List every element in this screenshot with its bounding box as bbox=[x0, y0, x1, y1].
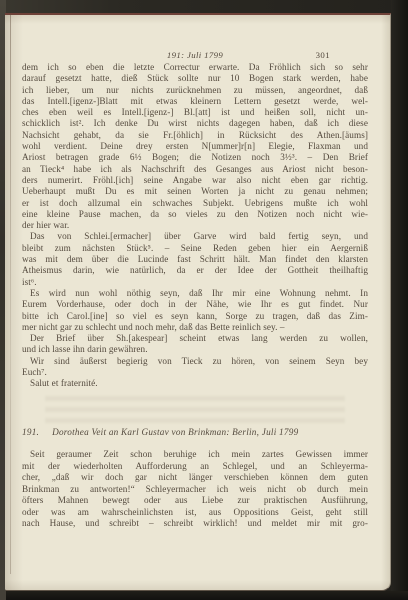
text-line: Eurem Vorderhause, oder doch in der Nähe… bbox=[22, 299, 368, 310]
paragraph: Der Brief über Sh.[akespear] scheint etw… bbox=[22, 333, 368, 356]
text-line: Der Brief über Sh.[akespear] scheint etw… bbox=[22, 333, 368, 344]
text-line: Wir sind äußerst begierig von Tieck zu h… bbox=[22, 356, 368, 367]
section-heading-number: 191. bbox=[22, 427, 39, 437]
paragraph: Salut et fraternité. bbox=[22, 378, 368, 389]
scan-edge-bottom bbox=[0, 591, 408, 600]
text-line: Salut et fraternité. bbox=[22, 378, 368, 389]
paragraph: Seit geraumer Zeit schon beruhige ich me… bbox=[22, 449, 368, 530]
text-line: Ueberhaupt mußt Du es mit seinen Worten … bbox=[22, 186, 368, 197]
paragraph: Wir sind äußerst begierig von Tieck zu h… bbox=[22, 356, 368, 379]
text-line: mer nicht gar zu schlecht und noch mehr,… bbox=[22, 322, 368, 333]
text-line: und ich lasse ihn darin gewähren. bbox=[22, 344, 368, 355]
text-line: ist⁶. bbox=[22, 277, 368, 288]
paragraph: Das von Schlei.[ermacher] über Garve wir… bbox=[22, 231, 368, 287]
text-line: ches eben weil es Intell.[igenz-] Bl.[at… bbox=[22, 107, 368, 118]
paragraph: dem ich so eben die letzte Correctur erw… bbox=[22, 62, 368, 231]
text-line: Es wird nun wohl nöthig seyn, daß Ihr mi… bbox=[22, 288, 368, 299]
text-line: der hier war. bbox=[22, 220, 368, 231]
text-line: er ist doch allzumal ein schwaches Subje… bbox=[22, 198, 368, 209]
text-line: Atheismus darin, wie natürlich, da er de… bbox=[22, 265, 368, 276]
scan-edge-top bbox=[0, 0, 408, 13]
text-line: cher, „daß wir doch gar nicht länger ver… bbox=[22, 472, 368, 484]
text-line: dem ich so eben die letzte Correctur erw… bbox=[22, 62, 368, 73]
paragraph: Es wird nun wohl nöthig seyn, daß Ihr mi… bbox=[22, 288, 368, 333]
text-line: darauf gesetzt hatte, dieß Stück sollte … bbox=[22, 73, 368, 84]
text-line: was mit dem über die Lucinde fast Schrit… bbox=[22, 254, 368, 265]
page-number: 301 bbox=[316, 50, 330, 60]
letter-text-block: dem ich so eben die letzte Correctur erw… bbox=[22, 62, 368, 390]
text-line: Ariost betragen grade 6½ Bogen; die Noti… bbox=[22, 152, 368, 163]
text-line: wohl verdient. Deine drey ersten N[ummer… bbox=[22, 141, 368, 152]
section-heading: 191. Dorothea Veit an Karl Gustav von Br… bbox=[22, 427, 368, 437]
scan-edge-right bbox=[391, 0, 408, 600]
text-line: Nachsicht gehabt, da sie Fr.[öhlich] in … bbox=[22, 130, 368, 141]
gutter-shadow-line bbox=[10, 14, 11, 574]
text-line: ich lieber, um nur nichts zurücknehmen z… bbox=[22, 85, 368, 96]
running-header: 191: Juli 1799 301 bbox=[22, 50, 368, 62]
text-line: eine kleine Pause machen, da so vieles z… bbox=[22, 209, 368, 220]
text-line: Brinkman zu antworten!“ Schleyermacher i… bbox=[22, 484, 368, 496]
text-line: oder was am wahrscheinlichsten ist, aus … bbox=[22, 507, 368, 519]
text-line: Seit geraumer Zeit schon beruhige ich me… bbox=[22, 449, 368, 461]
text-line: Das von Schlei.[ermacher] über Garve wir… bbox=[22, 231, 368, 242]
text-line: das Intell.[igenz-]Blatt mit etwas klein… bbox=[22, 96, 368, 107]
text-line: nach Hause, und schreibt – schreibt wirk… bbox=[22, 518, 368, 530]
text-line: Euch⁷. bbox=[22, 367, 368, 378]
page-showthrough bbox=[45, 396, 345, 424]
scanned-book-page: { "colors": { "paper": "#ebe6d4", "ink":… bbox=[0, 0, 408, 600]
second-letter-text-block: Seit geraumer Zeit schon beruhige ich me… bbox=[22, 449, 368, 530]
text-line: schicklich ist². Ich denke Du wirst nich… bbox=[22, 118, 368, 129]
section-heading-title: Dorothea Veit an Karl Gustav von Brinkma… bbox=[52, 427, 298, 437]
text-line: bitte ich Carol.[ine] so viel es seyn ka… bbox=[22, 311, 368, 322]
text-line: ders numerirt. Fröhl.[ich] seine Angabe … bbox=[22, 175, 368, 186]
text-line: an Tieck⁴ habe ich als Nachschrift des G… bbox=[22, 164, 368, 175]
text-line: mit der wiederholten Aufforderung an Sch… bbox=[22, 461, 368, 473]
text-line: bleibt zum nächsten Stück⁵. – Seine Rede… bbox=[22, 243, 368, 254]
text-line: öfters Mahnen bewegt oder aus Liebe zur … bbox=[22, 495, 368, 507]
